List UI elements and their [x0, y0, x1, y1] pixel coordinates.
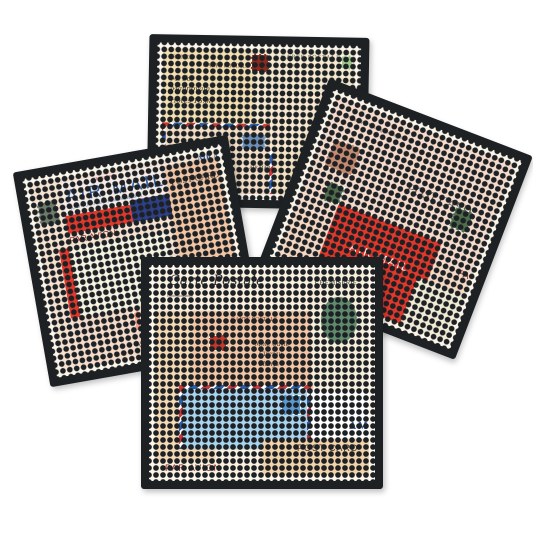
label-chemiserie: CHEMISERIE: [315, 279, 357, 287]
label-carte-postale: CARTE POSTALE: [231, 317, 278, 323]
handwriting-2: Mannovain: [171, 84, 211, 93]
stamp-eagle: [242, 134, 266, 150]
stamp-green: [341, 55, 353, 69]
stamp-blue: [281, 395, 301, 415]
label-par-avion: PAR AVION: [165, 463, 221, 473]
handwriting-3: Hotes 16.08: [170, 96, 213, 105]
label-am: A M: [349, 421, 368, 432]
portrait-engraving: [321, 297, 357, 343]
handwriting-1: Mme Cavle: [255, 341, 289, 348]
label-correspondance: Correspondance: [167, 293, 193, 298]
coaster-front: Carte Postale Correspondance CARTE POSTA…: [141, 257, 383, 489]
label-air-mail: AIR MAIL: [249, 166, 272, 171]
handwriting-2: Cirerau: [259, 351, 282, 358]
label-finland: FINLAND: [303, 63, 321, 68]
handwriting-3: Planys: [259, 361, 279, 368]
stamp-artwork: Carte Postale Correspondance CARTE POSTA…: [149, 265, 375, 481]
label-france: FRANCE: [169, 54, 193, 60]
label-carte-postale: CARTE POSTALE: [203, 63, 250, 70]
label-price: 70 Bd: [351, 289, 361, 294]
stamp-red-square: [209, 335, 227, 351]
stamp-red: [251, 54, 269, 72]
airmail-wing: [311, 391, 369, 445]
label-carte-postale-script: Carte Postale: [169, 273, 264, 289]
label-carte-postale-2: CARTE POSTALE: [281, 54, 341, 61]
label-suomi: SUOMI: [281, 62, 294, 67]
handwriting-1: M. Fol: [171, 74, 194, 82]
label-post-card: POST CARD: [297, 443, 358, 453]
stamp-green: [36, 199, 60, 226]
